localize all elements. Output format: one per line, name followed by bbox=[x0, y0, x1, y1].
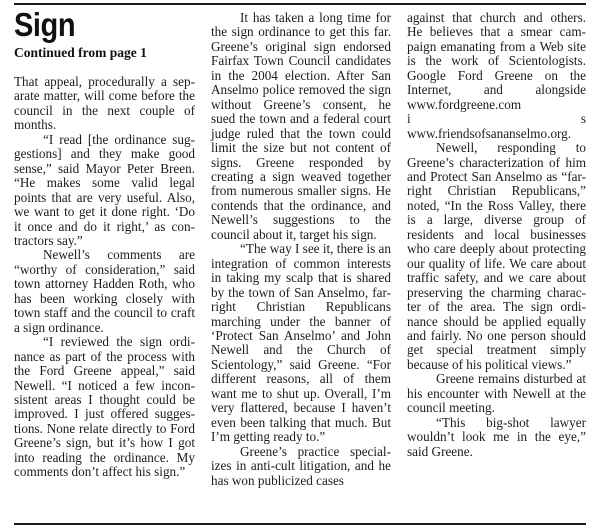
paragraph: “I reviewed the sign ordi­nance as part … bbox=[14, 335, 195, 480]
paragraph: Newell’s comments are “worthy of conside… bbox=[14, 248, 195, 335]
column-2: It has taken a long time for the sign or… bbox=[211, 11, 391, 488]
paragraph: against that church and others. He belie… bbox=[407, 11, 586, 112]
headline: Sign bbox=[14, 10, 173, 40]
paragraph-url-line: www.friendsofsananselmo.org. bbox=[407, 127, 586, 141]
bottom-rule bbox=[14, 523, 586, 525]
paragraph: “I read [the ordinance sug­gestions] and… bbox=[14, 133, 195, 249]
paragraph-spread-line: i s bbox=[407, 112, 586, 126]
paragraph: Newell, responding to Greene’s character… bbox=[407, 141, 586, 372]
newspaper-page: Sign Continued from page 1 That appeal, … bbox=[0, 0, 600, 530]
jump-line: Continued from page 1 bbox=[14, 45, 195, 61]
paragraph: It has taken a long time for the sign or… bbox=[211, 11, 391, 242]
paragraph: Greene remains disturbed at his encounte… bbox=[407, 372, 586, 415]
spacer bbox=[14, 61, 195, 75]
top-rule bbox=[14, 3, 586, 5]
paragraph: “The way I see it, there is an integrati… bbox=[211, 242, 391, 444]
paragraph: That appeal, procedurally a sep­arate ma… bbox=[14, 75, 195, 133]
paragraph-text: against that church and others. He belie… bbox=[407, 10, 586, 112]
paragraph: Greene’s practice special­izes in anti-c… bbox=[211, 445, 391, 488]
paragraph: “This big-shot lawyer wouldn’t look me i… bbox=[407, 416, 586, 459]
column-3: against that church and others. He belie… bbox=[407, 11, 586, 459]
column-1: Sign Continued from page 1 That appeal, … bbox=[14, 10, 195, 480]
